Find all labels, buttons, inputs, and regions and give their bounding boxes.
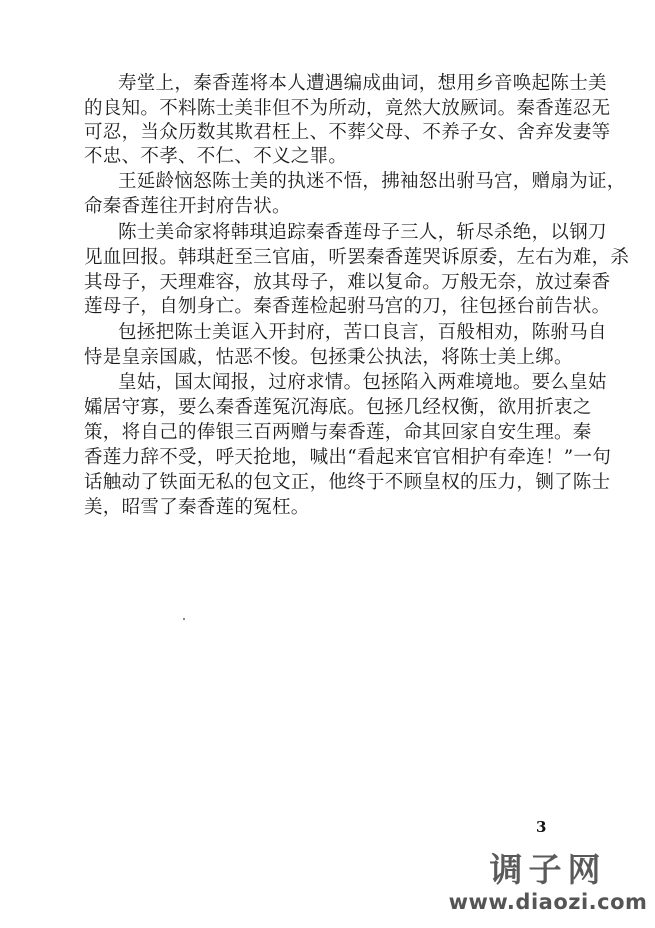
text-line: 策，将自己的俸银三百两赠与秦香莲，命其回家自安生理。秦	[84, 421, 574, 445]
watermark-url[interactable]: www.diaozi.com	[443, 889, 653, 915]
text-line: 莲母子，自刎身亡。秦香莲检起驸马宫的刀，往包拯台前告状。	[84, 295, 574, 319]
text-line: 命秦香莲往开封府告状。	[84, 195, 291, 219]
page-number: 3	[536, 818, 546, 836]
watermark: 调子网 www.diaozi.com	[455, 851, 635, 889]
text-line: 恃是皇亲国戚，怙恶不悛。包拯秉公执法，将陈士美上绑。	[84, 346, 573, 370]
text-line: 美，昭雪了秦香莲的冤枉。	[84, 496, 310, 520]
scanned-page: 寿堂上，秦香莲将本人遭遇编成曲词，想用乡音唤起陈士美 的良知。不料陈士美非但不为…	[0, 0, 655, 928]
text-line: 孀居守寡，要么秦香莲冤沉海底。包拯几经权衡，欲用折衷之	[84, 396, 574, 420]
text-line: 香莲力辞不受，呼天抢地，喊出“看起来官官相护有牵连！”一句	[84, 446, 574, 470]
text-line: 包拯把陈士美诓入开封府，苦口良言，百般相劝，陈驸马自	[118, 321, 574, 345]
text-line: 不忠、不孝、不仁、不义之罪。	[84, 145, 347, 169]
text-line: 皇姑，国太闻报，过府求情。包拯陷入两难境地。要么皇姑	[118, 371, 574, 395]
text-line: 王延龄恼怒陈士美的执迷不悟，拂袖怒出驸马宫，赠扇为证，	[118, 170, 574, 194]
text-line: 的良知。不料陈士美非但不为所动，竟然大放厥词。秦香莲忍无	[84, 97, 574, 121]
watermark-title: 调子网	[455, 851, 635, 889]
text-line: 寿堂上，秦香莲将本人遭遇编成曲词，想用乡音唤起陈士美	[118, 72, 574, 96]
text-line: 可忍，当众历数其欺君枉上、不葬父母、不养子女、舍弃发妻等	[84, 121, 574, 145]
text-line: 话触动了铁面无私的包文正，他终于不顾皇权的压力，铡了陈士	[84, 471, 574, 495]
text-line: 其母子，天理难容，放其母子，难以复命。万般无奈，放过秦香	[84, 271, 574, 295]
text-line: 陈士美命家将韩琪追踪秦香莲母子三人，斩尽杀绝，以钢刀	[118, 221, 574, 245]
scan-speck	[183, 618, 185, 620]
text-line: 见血回报。韩琪赶至三官庙，听罢秦香莲哭诉原委，左右为难，杀	[84, 246, 574, 270]
